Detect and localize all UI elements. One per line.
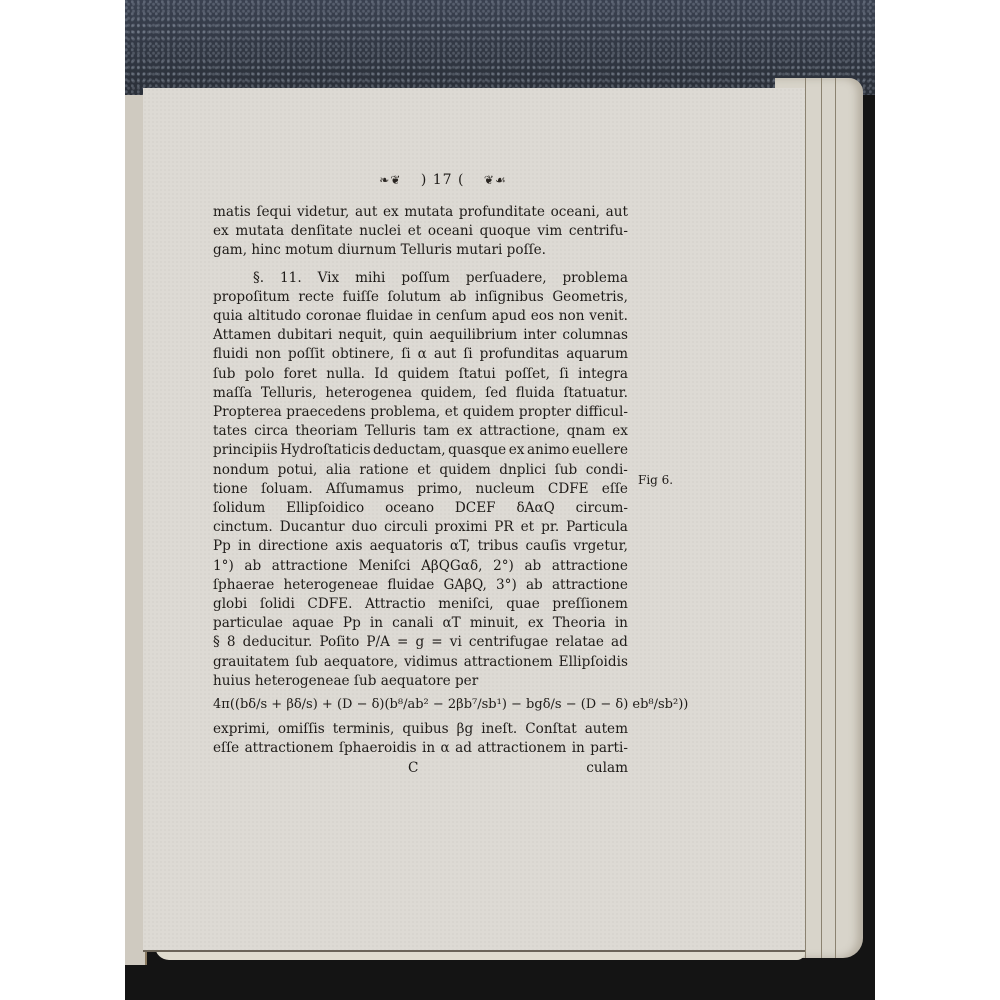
catchword: culam [586, 759, 628, 778]
text-line: §8deducitur.PoſitoP/A=g=vicentrifugaerel… [213, 633, 628, 652]
text-line: eſſeattractionemſphaeroidisinαadattracti… [213, 739, 628, 758]
formula: 4π((bδ/s + βδ/s) + (D − δ)(b⁸/ab² − 2βb⁷… [213, 691, 628, 720]
text-line: cinctum.DucanturduocirculiproximiPRetpr.… [213, 518, 628, 537]
ornament-left-icon: ❧❦ [379, 173, 401, 187]
text-line: gam, hinc motum diurnum Telluris mutari … [213, 241, 628, 260]
text-line: matisſequividetur,autexmutataprofunditat… [213, 203, 628, 222]
text-line: globiſolidiCDFE.Attractiomeniſci,quaepre… [213, 595, 628, 614]
text-line: particulaeaquaePpincanaliαTminuit,exTheo… [213, 614, 628, 633]
text-line: huius heterogeneae ſub aequatore per [213, 672, 628, 691]
text-line: fluidinonpoſſitobtinere,ſiαautſiprofundi… [213, 345, 628, 364]
figure-reference: Fig 6. [638, 473, 673, 487]
text-line: quiaaltitudocoronaefluidaeincenſumapudeo… [213, 307, 628, 326]
text-line: grauitatemſubaequatore,vidimusattraction… [213, 653, 628, 672]
text-line: maſſaTelluris,heterogeneaquidem,ſedfluid… [213, 384, 628, 403]
text-line: principiisHydroſtaticisdeductam,quasquee… [213, 441, 628, 460]
book-page: ❧❦ ) 17 ( ❦☙ Fig 6. matisſequividetur,au… [143, 88, 805, 952]
text-line: ſphaeraeheterogeneaefluidaeGAβQ,3°)abatt… [213, 576, 628, 595]
text-line: tioneſoluam.Aſſumamusprimo,nucleumCDFEeſ… [213, 480, 628, 499]
text-line: exmutatadenſitatenucleietoceaniquoquevim… [213, 222, 628, 241]
page-number: ) 17 ( [421, 172, 465, 188]
text-line: exprimi,omiſſisterminis,quibusβgineſt.Co… [213, 720, 628, 739]
text-line: Attamendubitarinequit,quinaequilibriumin… [213, 326, 628, 345]
book-cover [125, 0, 875, 95]
text-line: Proptereapraecedensproblema,etquidemprop… [213, 403, 628, 422]
body-text: matisſequividetur,autexmutataprofunditat… [213, 203, 628, 778]
section-heading-line: §.11.Vixmihipoſſumperſuadere,problema [213, 269, 628, 288]
text-line: nondumpotui,aliarationeetquidemdnpliciſu… [213, 461, 628, 480]
text-line: ſubpoloforetnulla.Idquidemſtatuipoſſet,ſ… [213, 365, 628, 384]
photo-frame: ❧❦ ) 17 ( ❦☙ Fig 6. matisſequividetur,au… [125, 0, 875, 1000]
text-line: ſolidumEllipſoidicooceanoDCEFδAαQcircum- [213, 499, 628, 518]
ornament-right-icon: ❦☙ [484, 173, 507, 187]
text-line: propoſitumrectefuiſſeſolutumabinſignibus… [213, 288, 628, 307]
footer-row: C culam [213, 759, 628, 778]
text-line: 1°)abattractioneMeniſciAβQGαδ,2°)abattra… [213, 557, 628, 576]
running-header: ❧❦ ) 17 ( ❦☙ [343, 172, 543, 188]
text-line: tatescircatheoriamTelluristamexattractio… [213, 422, 628, 441]
text-line: PpindirectioneaxisaequatorisαT,tribuscau… [213, 537, 628, 556]
signature-mark: C [408, 759, 418, 778]
